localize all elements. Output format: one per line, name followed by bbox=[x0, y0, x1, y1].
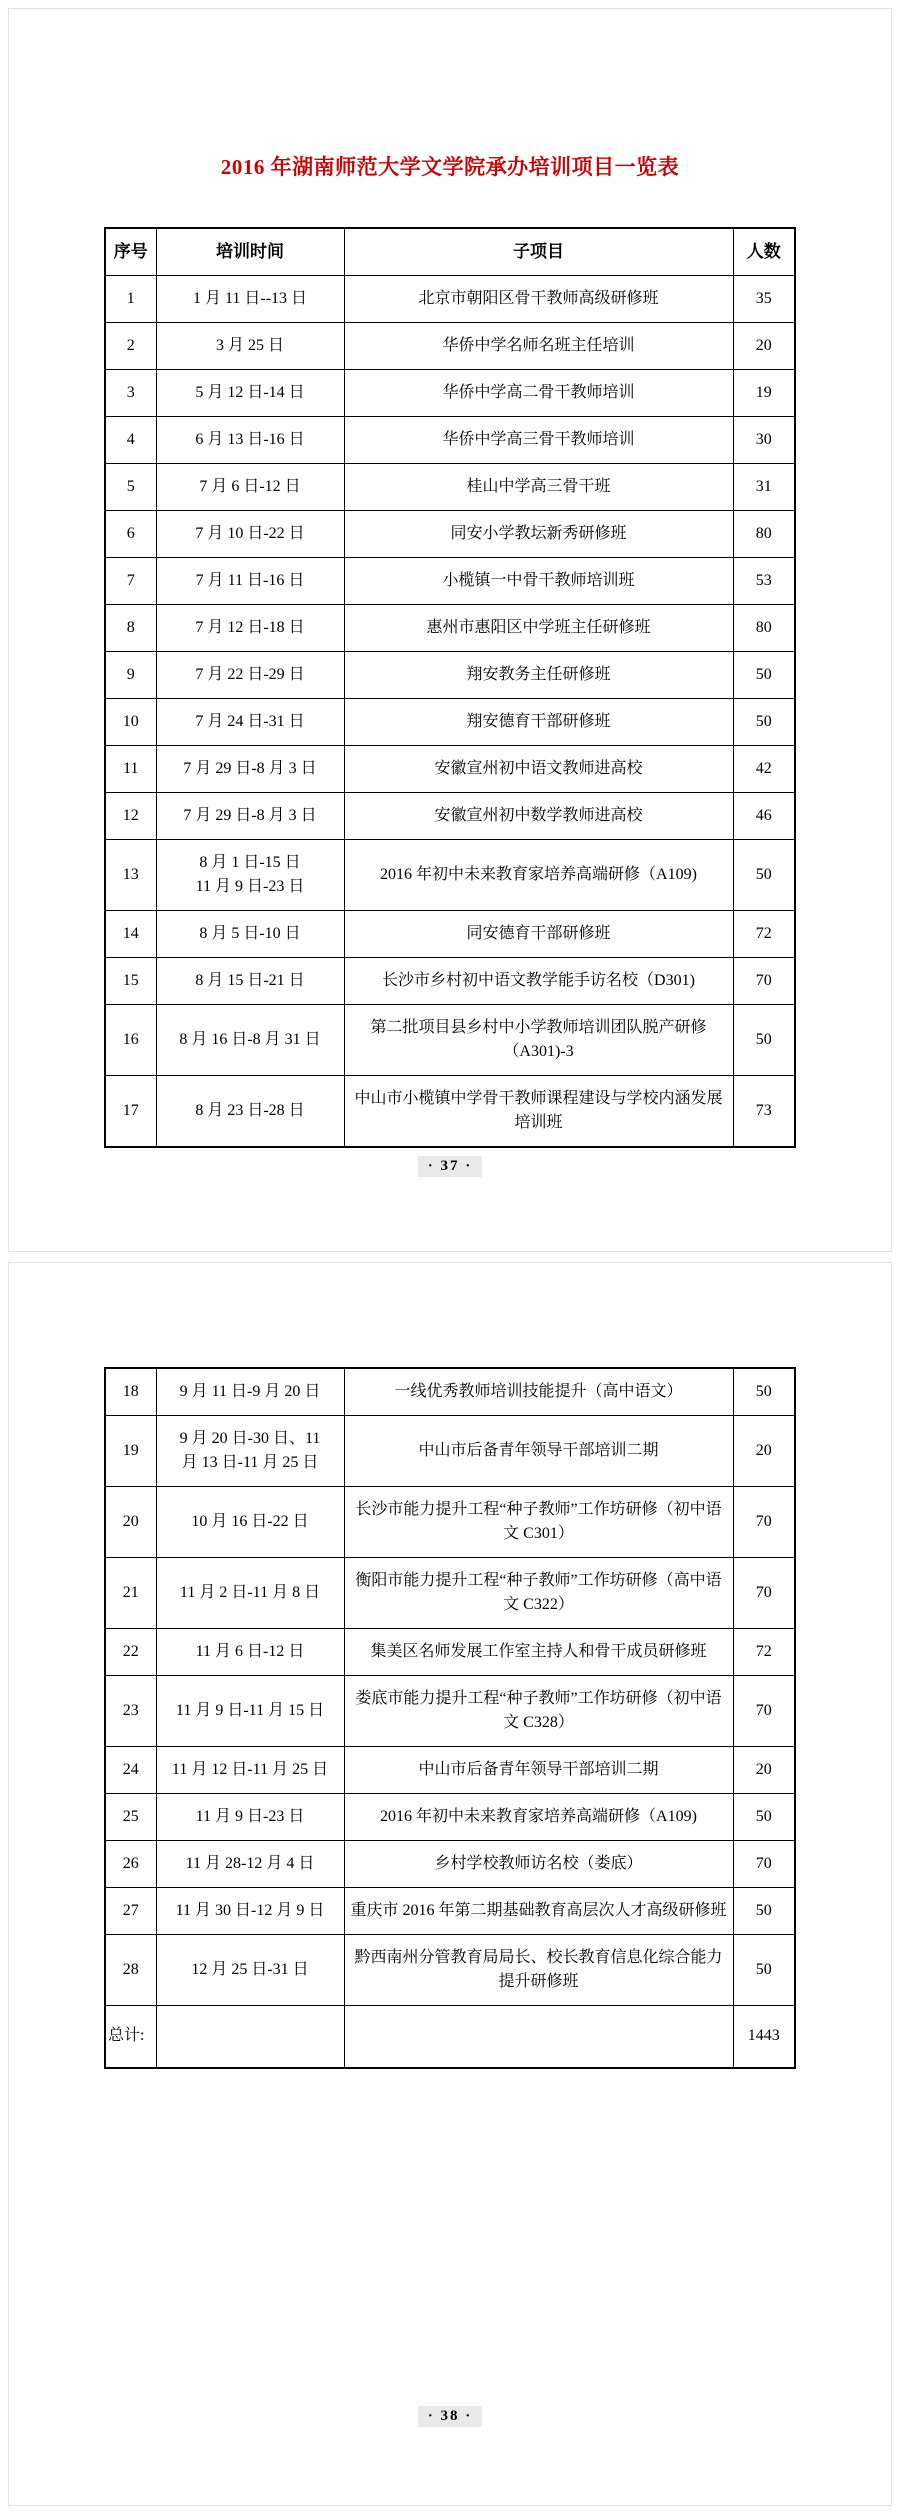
cell-training-time: 7 月 29 日-8 月 3 日 bbox=[156, 746, 344, 793]
table-row: 35 月 12 日-14 日华侨中学高二骨干教师培训19 bbox=[105, 370, 795, 417]
cell-headcount: 50 bbox=[733, 652, 795, 699]
row-number: 11 bbox=[105, 746, 156, 793]
row-number: 12 bbox=[105, 793, 156, 840]
row-number: 2 bbox=[105, 323, 156, 370]
cell-subproject: 同安小学教坛新秀研修班 bbox=[344, 511, 733, 558]
row-number: 4 bbox=[105, 417, 156, 464]
cell-headcount: 50 bbox=[733, 699, 795, 746]
cell-headcount: 50 bbox=[733, 840, 795, 911]
cell-subproject: 黔西南州分管教育局局长、校长教育信息化综合能力提升研修班 bbox=[344, 1935, 733, 2006]
table-row: 2111 月 2 日-11 月 8 日衡阳市能力提升工程“种子教师”工作坊研修（… bbox=[105, 1558, 795, 1629]
table-row: 2511 月 9 日-23 日2016 年初中未来教育家培养高端研修（A109)… bbox=[105, 1794, 795, 1841]
cell-training-time: 11 月 28-12 月 4 日 bbox=[156, 1841, 344, 1888]
table-row: 2411 月 12 日-11 月 25 日中山市后备青年领导干部培训二期20 bbox=[105, 1747, 795, 1794]
cell-headcount: 20 bbox=[733, 1416, 795, 1487]
header-no: 序号 bbox=[105, 228, 156, 276]
cell-training-time: 7 月 12 日-18 日 bbox=[156, 605, 344, 652]
table-row: 2611 月 28-12 月 4 日乡村学校教师访名校（娄底）70 bbox=[105, 1841, 795, 1888]
cell-training-time: 7 月 6 日-12 日 bbox=[156, 464, 344, 511]
table-row: 2311 月 9 日-11 月 15 日娄底市能力提升工程“种子教师”工作坊研修… bbox=[105, 1676, 795, 1747]
cell-training-time: 9 月 20 日-30 日、11 月 13 日-11 月 25 日 bbox=[156, 1416, 344, 1487]
total-empty-project bbox=[344, 2006, 733, 2068]
cell-training-time: 8 月 1 日-15 日 11 月 9 日-23 日 bbox=[156, 840, 344, 911]
row-number: 10 bbox=[105, 699, 156, 746]
row-number: 25 bbox=[105, 1794, 156, 1841]
cell-subproject: 同安德育干部研修班 bbox=[344, 911, 733, 958]
cell-headcount: 50 bbox=[733, 1005, 795, 1076]
cell-headcount: 42 bbox=[733, 746, 795, 793]
row-number: 23 bbox=[105, 1676, 156, 1747]
cell-subproject: 惠州市惠阳区中学班主任研修班 bbox=[344, 605, 733, 652]
cell-subproject: 2016 年初中未来教育家培养高端研修（A109) bbox=[344, 1794, 733, 1841]
table-row: 67 月 10 日-22 日同安小学教坛新秀研修班80 bbox=[105, 511, 795, 558]
cell-training-time: 8 月 16 日-8 月 31 日 bbox=[156, 1005, 344, 1076]
table-row: 138 月 1 日-15 日 11 月 9 日-23 日2016 年初中未来教育… bbox=[105, 840, 795, 911]
cell-training-time: 7 月 11 日-16 日 bbox=[156, 558, 344, 605]
table-row: 97 月 22 日-29 日翔安教务主任研修班50 bbox=[105, 652, 795, 699]
cell-headcount: 80 bbox=[733, 605, 795, 652]
table-row: 107 月 24 日-31 日翔安德育干部研修班50 bbox=[105, 699, 795, 746]
cell-training-time: 7 月 10 日-22 日 bbox=[156, 511, 344, 558]
row-number: 17 bbox=[105, 1076, 156, 1148]
row-number: 26 bbox=[105, 1841, 156, 1888]
cell-subproject: 安徽宣州初中语文教师进高校 bbox=[344, 746, 733, 793]
cell-headcount: 80 bbox=[733, 511, 795, 558]
document-page-2: 189 月 11 日-9 月 20 日一线优秀教师培训技能提升（高中语文）501… bbox=[8, 1262, 892, 2506]
table-row: 178 月 23 日-28 日中山市小榄镇中学骨干教师课程建设与学校内涵发展培训… bbox=[105, 1076, 795, 1148]
row-number: 16 bbox=[105, 1005, 156, 1076]
cell-headcount: 30 bbox=[733, 417, 795, 464]
table-row: 117 月 29 日-8 月 3 日安徽宣州初中语文教师进高校42 bbox=[105, 746, 795, 793]
cell-headcount: 70 bbox=[733, 1676, 795, 1747]
cell-training-time: 8 月 23 日-28 日 bbox=[156, 1076, 344, 1148]
total-count: 1443 bbox=[733, 2006, 795, 2068]
cell-training-time: 11 月 9 日-23 日 bbox=[156, 1794, 344, 1841]
cell-training-time: 3 月 25 日 bbox=[156, 323, 344, 370]
table-row: 168 月 16 日-8 月 31 日第二批项目县乡村中小学教师培训团队脱产研修… bbox=[105, 1005, 795, 1076]
cell-training-time: 6 月 13 日-16 日 bbox=[156, 417, 344, 464]
header-project: 子项目 bbox=[344, 228, 733, 276]
cell-subproject: 北京市朝阳区骨干教师高级研修班 bbox=[344, 276, 733, 323]
row-number: 9 bbox=[105, 652, 156, 699]
table-row: 2211 月 6 日-12 日集美区名师发展工作室主持人和骨干成员研修班72 bbox=[105, 1629, 795, 1676]
cell-training-time: 10 月 16 日-22 日 bbox=[156, 1487, 344, 1558]
page-footer: · 37 · bbox=[9, 1156, 891, 1177]
cell-subproject: 中山市小榄镇中学骨干教师课程建设与学校内涵发展培训班 bbox=[344, 1076, 733, 1148]
table-row: 23 月 25 日华侨中学名师名班主任培训20 bbox=[105, 323, 795, 370]
table-row: 77 月 11 日-16 日小榄镇一中骨干教师培训班53 bbox=[105, 558, 795, 605]
total-label: 总计: bbox=[105, 2006, 156, 2068]
cell-training-time: 8 月 5 日-10 日 bbox=[156, 911, 344, 958]
cell-training-time: 12 月 25 日-31 日 bbox=[156, 1935, 344, 2006]
cell-training-time: 7 月 22 日-29 日 bbox=[156, 652, 344, 699]
cell-headcount: 70 bbox=[733, 958, 795, 1005]
total-empty-time bbox=[156, 2006, 344, 2068]
table-row: 189 月 11 日-9 月 20 日一线优秀教师培训技能提升（高中语文）50 bbox=[105, 1368, 795, 1416]
cell-training-time: 8 月 15 日-21 日 bbox=[156, 958, 344, 1005]
table-row: 87 月 12 日-18 日惠州市惠阳区中学班主任研修班80 bbox=[105, 605, 795, 652]
cell-subproject: 集美区名师发展工作室主持人和骨干成员研修班 bbox=[344, 1629, 733, 1676]
cell-headcount: 50 bbox=[733, 1935, 795, 2006]
cell-subproject: 翔安教务主任研修班 bbox=[344, 652, 733, 699]
cell-headcount: 20 bbox=[733, 1747, 795, 1794]
cell-subproject: 一线优秀教师培训技能提升（高中语文） bbox=[344, 1368, 733, 1416]
table-row: 158 月 15 日-21 日长沙市乡村初中语文教学能手访名校（D301)70 bbox=[105, 958, 795, 1005]
page-title: 2016 年湖南师范大学文学院承办培训项目一览表 bbox=[9, 151, 891, 181]
cell-subproject: 华侨中学高三骨干教师培训 bbox=[344, 417, 733, 464]
cell-training-time: 11 月 2 日-11 月 8 日 bbox=[156, 1558, 344, 1629]
cell-subproject: 小榄镇一中骨干教师培训班 bbox=[344, 558, 733, 605]
cell-headcount: 20 bbox=[733, 323, 795, 370]
document-page-1: 2016 年湖南师范大学文学院承办培训项目一览表 序号 培训时间 子项目 人数 … bbox=[8, 8, 892, 1252]
cell-subproject: 桂山中学高三骨干班 bbox=[344, 464, 733, 511]
cell-subproject: 重庆市 2016 年第二期基础教育高层次人才高级研修班 bbox=[344, 1888, 733, 1935]
cell-subproject: 长沙市乡村初中语文教学能手访名校（D301) bbox=[344, 958, 733, 1005]
cell-subproject: 衡阳市能力提升工程“种子教师”工作坊研修（高中语文 C322） bbox=[344, 1558, 733, 1629]
cell-headcount: 46 bbox=[733, 793, 795, 840]
row-number: 1 bbox=[105, 276, 156, 323]
cell-subproject: 翔安德育干部研修班 bbox=[344, 699, 733, 746]
page-number: · 38 · bbox=[418, 2406, 483, 2427]
cell-training-time: 11 月 6 日-12 日 bbox=[156, 1629, 344, 1676]
row-number: 21 bbox=[105, 1558, 156, 1629]
cell-training-time: 11 月 12 日-11 月 25 日 bbox=[156, 1747, 344, 1794]
table-body-page1: 11 月 11 日--13 日北京市朝阳区骨干教师高级研修班3523 月 25 … bbox=[105, 276, 795, 1148]
table-header-row: 序号 培训时间 子项目 人数 bbox=[105, 228, 795, 276]
cell-headcount: 70 bbox=[733, 1841, 795, 1888]
table-row: 57 月 6 日-12 日桂山中学高三骨干班31 bbox=[105, 464, 795, 511]
cell-subproject: 第二批项目县乡村中小学教师培训团队脱产研修（A301)-3 bbox=[344, 1005, 733, 1076]
cell-headcount: 50 bbox=[733, 1888, 795, 1935]
cell-subproject: 安徽宣州初中数学教师进高校 bbox=[344, 793, 733, 840]
cell-subproject: 2016 年初中未来教育家培养高端研修（A109) bbox=[344, 840, 733, 911]
cell-subproject: 乡村学校教师访名校（娄底） bbox=[344, 1841, 733, 1888]
cell-headcount: 50 bbox=[733, 1794, 795, 1841]
cell-training-time: 7 月 29 日-8 月 3 日 bbox=[156, 793, 344, 840]
table-row: 2812 月 25 日-31 日黔西南州分管教育局局长、校长教育信息化综合能力提… bbox=[105, 1935, 795, 2006]
row-number: 18 bbox=[105, 1368, 156, 1416]
row-number: 24 bbox=[105, 1747, 156, 1794]
table-body-page2: 189 月 11 日-9 月 20 日一线优秀教师培训技能提升（高中语文）501… bbox=[105, 1368, 795, 2006]
table-row: 148 月 5 日-10 日同安德育干部研修班72 bbox=[105, 911, 795, 958]
table-row: 11 月 11 日--13 日北京市朝阳区骨干教师高级研修班35 bbox=[105, 276, 795, 323]
row-number: 22 bbox=[105, 1629, 156, 1676]
table-row: 46 月 13 日-16 日华侨中学高三骨干教师培训30 bbox=[105, 417, 795, 464]
row-number: 28 bbox=[105, 1935, 156, 2006]
cell-training-time: 11 月 30 日-12 月 9 日 bbox=[156, 1888, 344, 1935]
row-number: 6 bbox=[105, 511, 156, 558]
cell-headcount: 72 bbox=[733, 1629, 795, 1676]
cell-training-time: 1 月 11 日--13 日 bbox=[156, 276, 344, 323]
table-row: 2010 月 16 日-22 日长沙市能力提升工程“种子教师”工作坊研修（初中语… bbox=[105, 1487, 795, 1558]
table-row: 2711 月 30 日-12 月 9 日重庆市 2016 年第二期基础教育高层次… bbox=[105, 1888, 795, 1935]
row-number: 20 bbox=[105, 1487, 156, 1558]
cell-subproject: 中山市后备青年领导干部培训二期 bbox=[344, 1747, 733, 1794]
row-number: 14 bbox=[105, 911, 156, 958]
page-footer: · 38 · bbox=[9, 2406, 891, 2427]
cell-headcount: 50 bbox=[733, 1368, 795, 1416]
table-row: 127 月 29 日-8 月 3 日安徽宣州初中数学教师进高校46 bbox=[105, 793, 795, 840]
header-count: 人数 bbox=[733, 228, 795, 276]
cell-headcount: 70 bbox=[733, 1487, 795, 1558]
row-number: 27 bbox=[105, 1888, 156, 1935]
cell-headcount: 73 bbox=[733, 1076, 795, 1148]
training-table-page2: 189 月 11 日-9 月 20 日一线优秀教师培训技能提升（高中语文）501… bbox=[104, 1367, 796, 2069]
row-number: 5 bbox=[105, 464, 156, 511]
row-number: 3 bbox=[105, 370, 156, 417]
page-number: · 37 · bbox=[418, 1156, 483, 1177]
header-time: 培训时间 bbox=[156, 228, 344, 276]
cell-headcount: 31 bbox=[733, 464, 795, 511]
cell-training-time: 9 月 11 日-9 月 20 日 bbox=[156, 1368, 344, 1416]
row-number: 19 bbox=[105, 1416, 156, 1487]
cell-headcount: 35 bbox=[733, 276, 795, 323]
row-number: 7 bbox=[105, 558, 156, 605]
total-row: 总计: 1443 bbox=[105, 2006, 795, 2068]
cell-training-time: 7 月 24 日-31 日 bbox=[156, 699, 344, 746]
cell-subproject: 长沙市能力提升工程“种子教师”工作坊研修（初中语文 C301） bbox=[344, 1487, 733, 1558]
cell-training-time: 5 月 12 日-14 日 bbox=[156, 370, 344, 417]
cell-headcount: 70 bbox=[733, 1558, 795, 1629]
cell-training-time: 11 月 9 日-11 月 15 日 bbox=[156, 1676, 344, 1747]
cell-subproject: 娄底市能力提升工程“种子教师”工作坊研修（初中语文 C328） bbox=[344, 1676, 733, 1747]
cell-subproject: 中山市后备青年领导干部培训二期 bbox=[344, 1416, 733, 1487]
cell-subproject: 华侨中学名师名班主任培训 bbox=[344, 323, 733, 370]
cell-headcount: 19 bbox=[733, 370, 795, 417]
row-number: 15 bbox=[105, 958, 156, 1005]
row-number: 13 bbox=[105, 840, 156, 911]
cell-headcount: 72 bbox=[733, 911, 795, 958]
training-table-page1: 序号 培训时间 子项目 人数 11 月 11 日--13 日北京市朝阳区骨干教师… bbox=[104, 227, 796, 1148]
table-row: 199 月 20 日-30 日、11 月 13 日-11 月 25 日中山市后备… bbox=[105, 1416, 795, 1487]
row-number: 8 bbox=[105, 605, 156, 652]
cell-headcount: 53 bbox=[733, 558, 795, 605]
cell-subproject: 华侨中学高二骨干教师培训 bbox=[344, 370, 733, 417]
